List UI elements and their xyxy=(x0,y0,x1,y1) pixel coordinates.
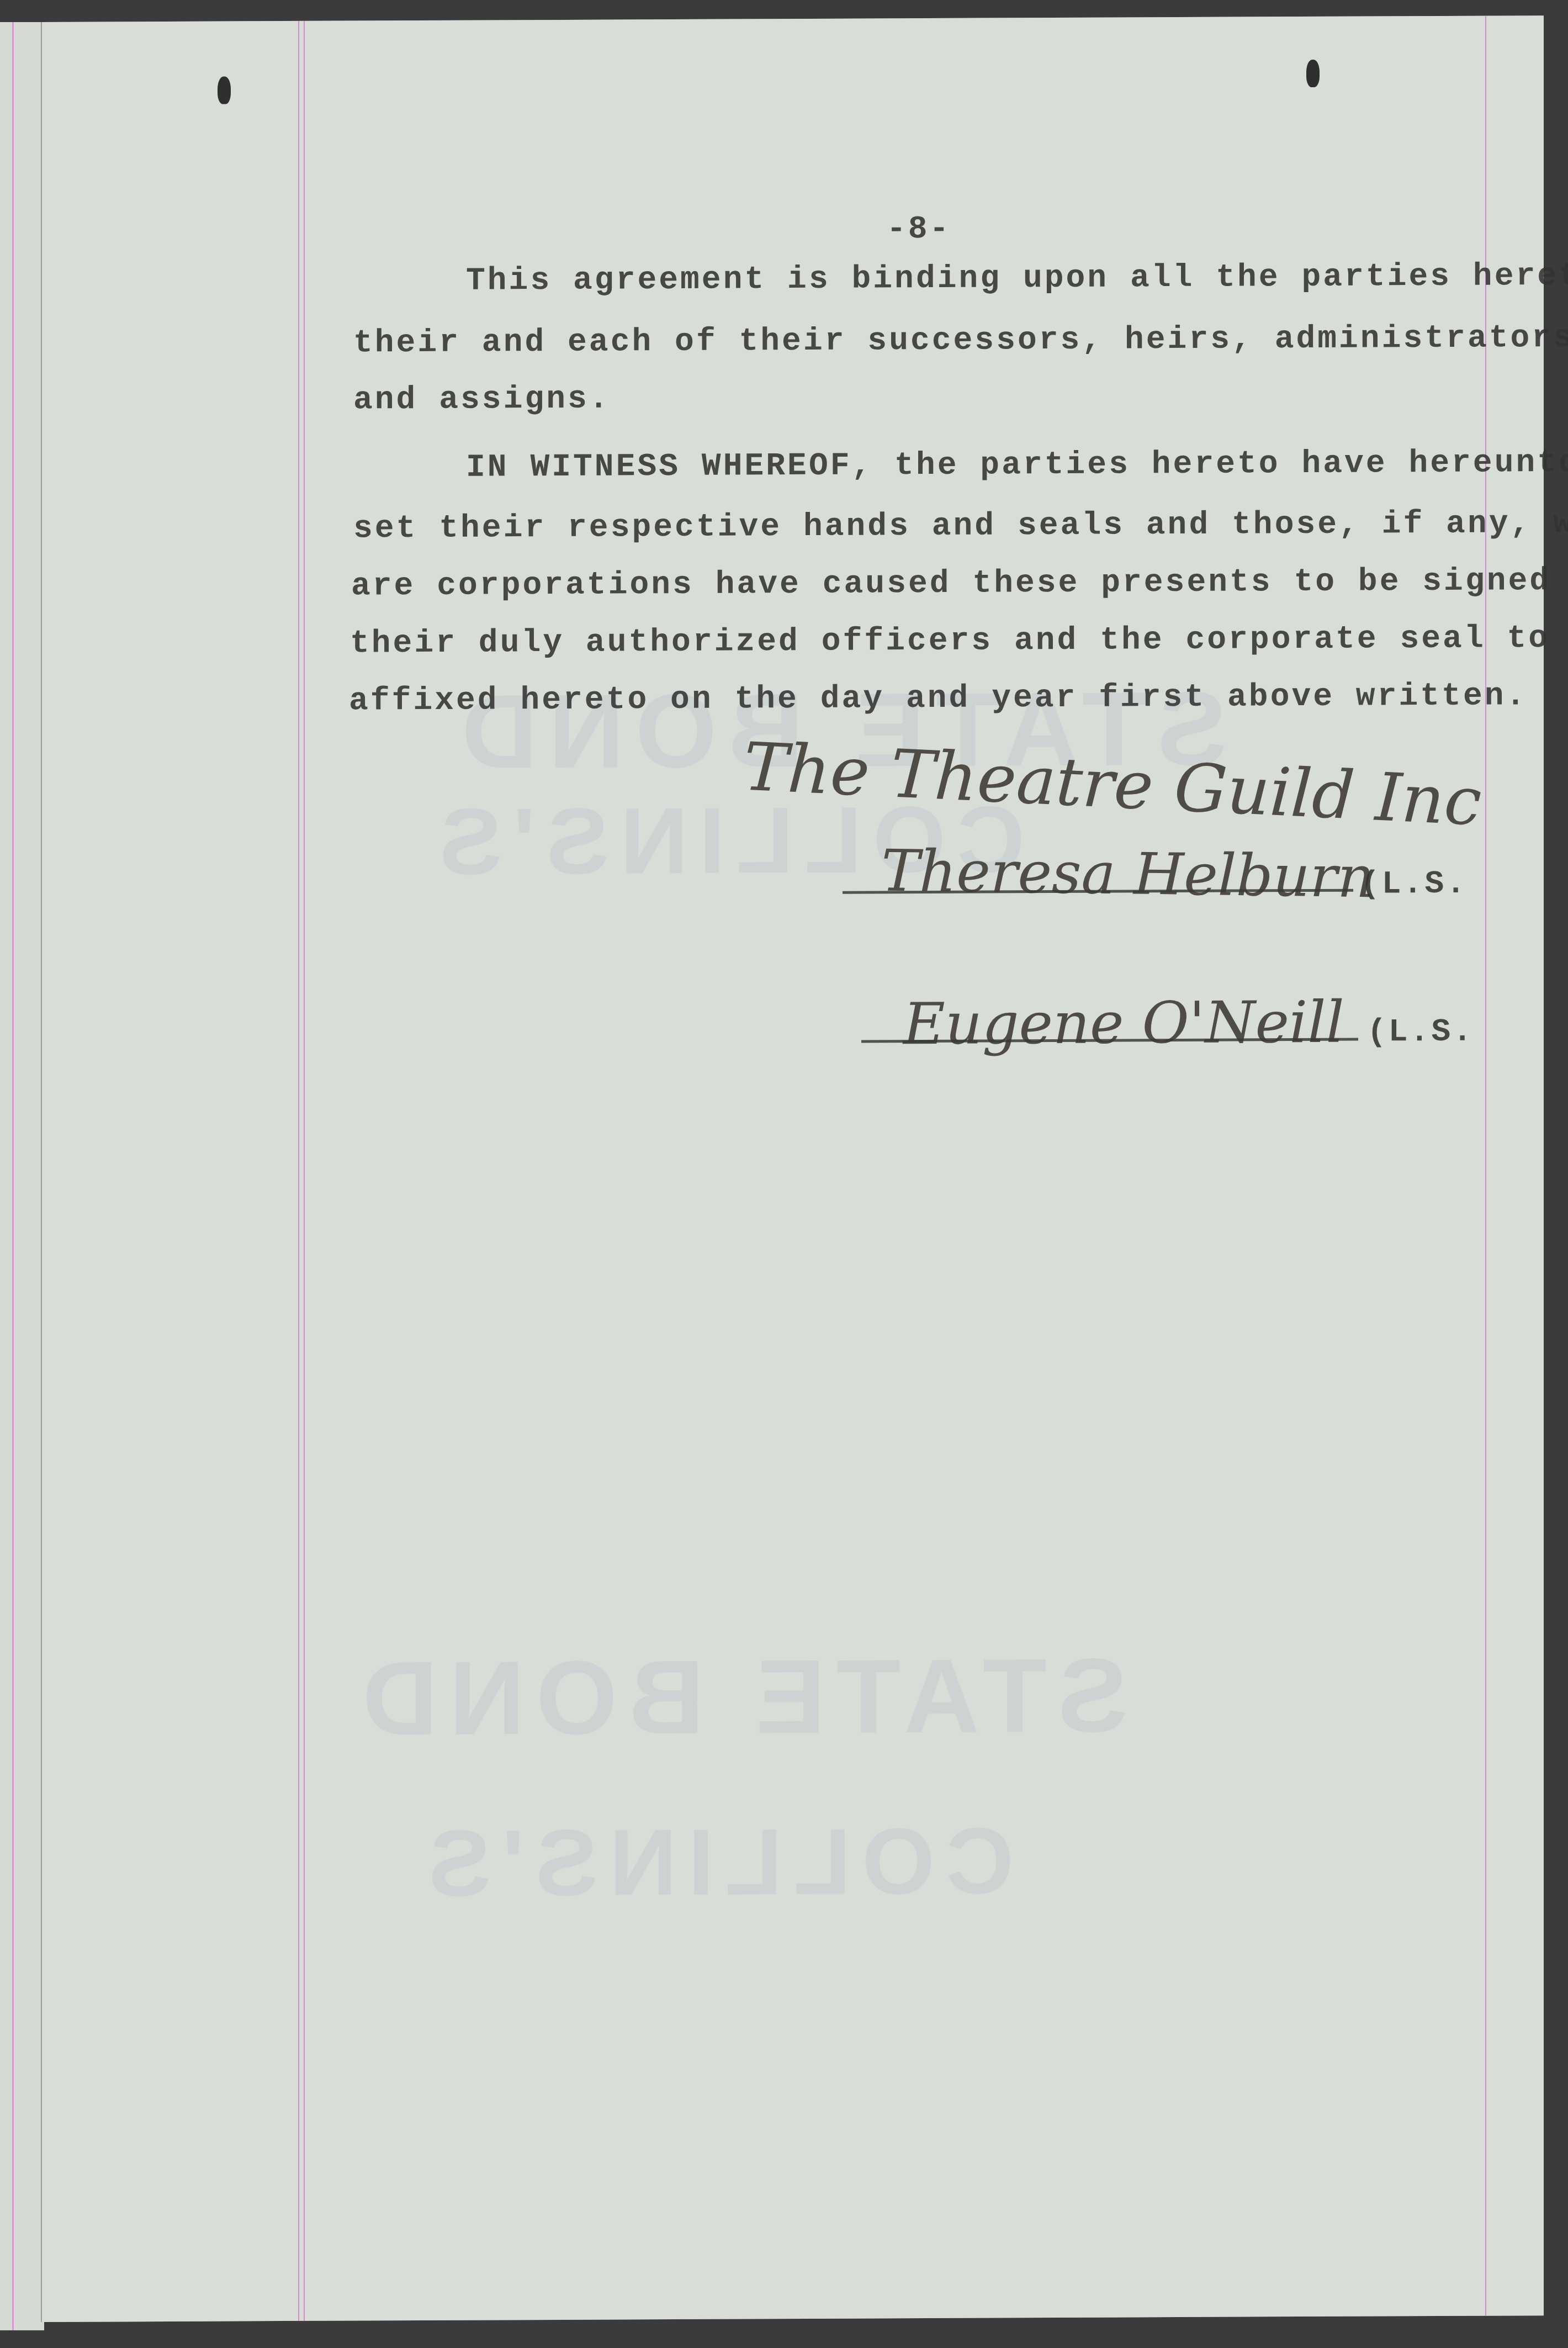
left-margin-line-inner xyxy=(304,21,305,2321)
seal-label: (L.S. xyxy=(1367,1014,1474,1051)
text-line: affixed hereto on the day and year first… xyxy=(349,678,1527,719)
punch-hole-left xyxy=(218,77,231,104)
text-line: and assigns. xyxy=(353,382,611,419)
text-line: are corporations have caused these prese… xyxy=(351,563,1568,605)
signature-block-theatre-guild: The Theatre Guild Inc Theresa Helburn (L… xyxy=(42,15,1544,22)
left-margin-line-outer xyxy=(298,21,299,2321)
seal-label: (L.S. xyxy=(1360,866,1468,903)
paragraph-binding-clause: This agreement is binding upon all the p… xyxy=(42,15,1544,22)
right-margin-line xyxy=(1485,16,1486,2316)
paragraph-witness-clause: IN WITNESS WHEREOF, the parties hereto h… xyxy=(42,15,1544,22)
signature-eugene-oneill: Eugene O'Neill xyxy=(903,988,1344,1057)
text-line: their duly authorized officers and the c… xyxy=(350,621,1568,662)
document-page: STATE BOND COLLINS'S STATE BOND COLLINS'… xyxy=(42,15,1544,2322)
text-line: their and each of their successors, heir… xyxy=(353,320,1568,362)
text-line: set their respective hands and seals and… xyxy=(353,505,1568,547)
text-line: This agreement is binding upon all the p… xyxy=(466,258,1568,299)
signature-block-eugene-oneill: Eugene O'Neill (L.S. xyxy=(42,15,1544,22)
watermark-line-4: COLLINS'S xyxy=(417,1807,1014,1918)
text-line: IN WITNESS WHEREOF, the parties hereto h… xyxy=(466,445,1568,486)
page-number: -8- xyxy=(887,211,951,248)
watermark-line-3: STATE BOND xyxy=(351,1635,1128,1759)
signature-theresa-helburn: Theresa Helburn xyxy=(881,837,1375,911)
punch-hole-right xyxy=(1306,60,1320,87)
underlying-margin-line xyxy=(12,22,14,2330)
underlying-page-edge xyxy=(0,22,44,2330)
